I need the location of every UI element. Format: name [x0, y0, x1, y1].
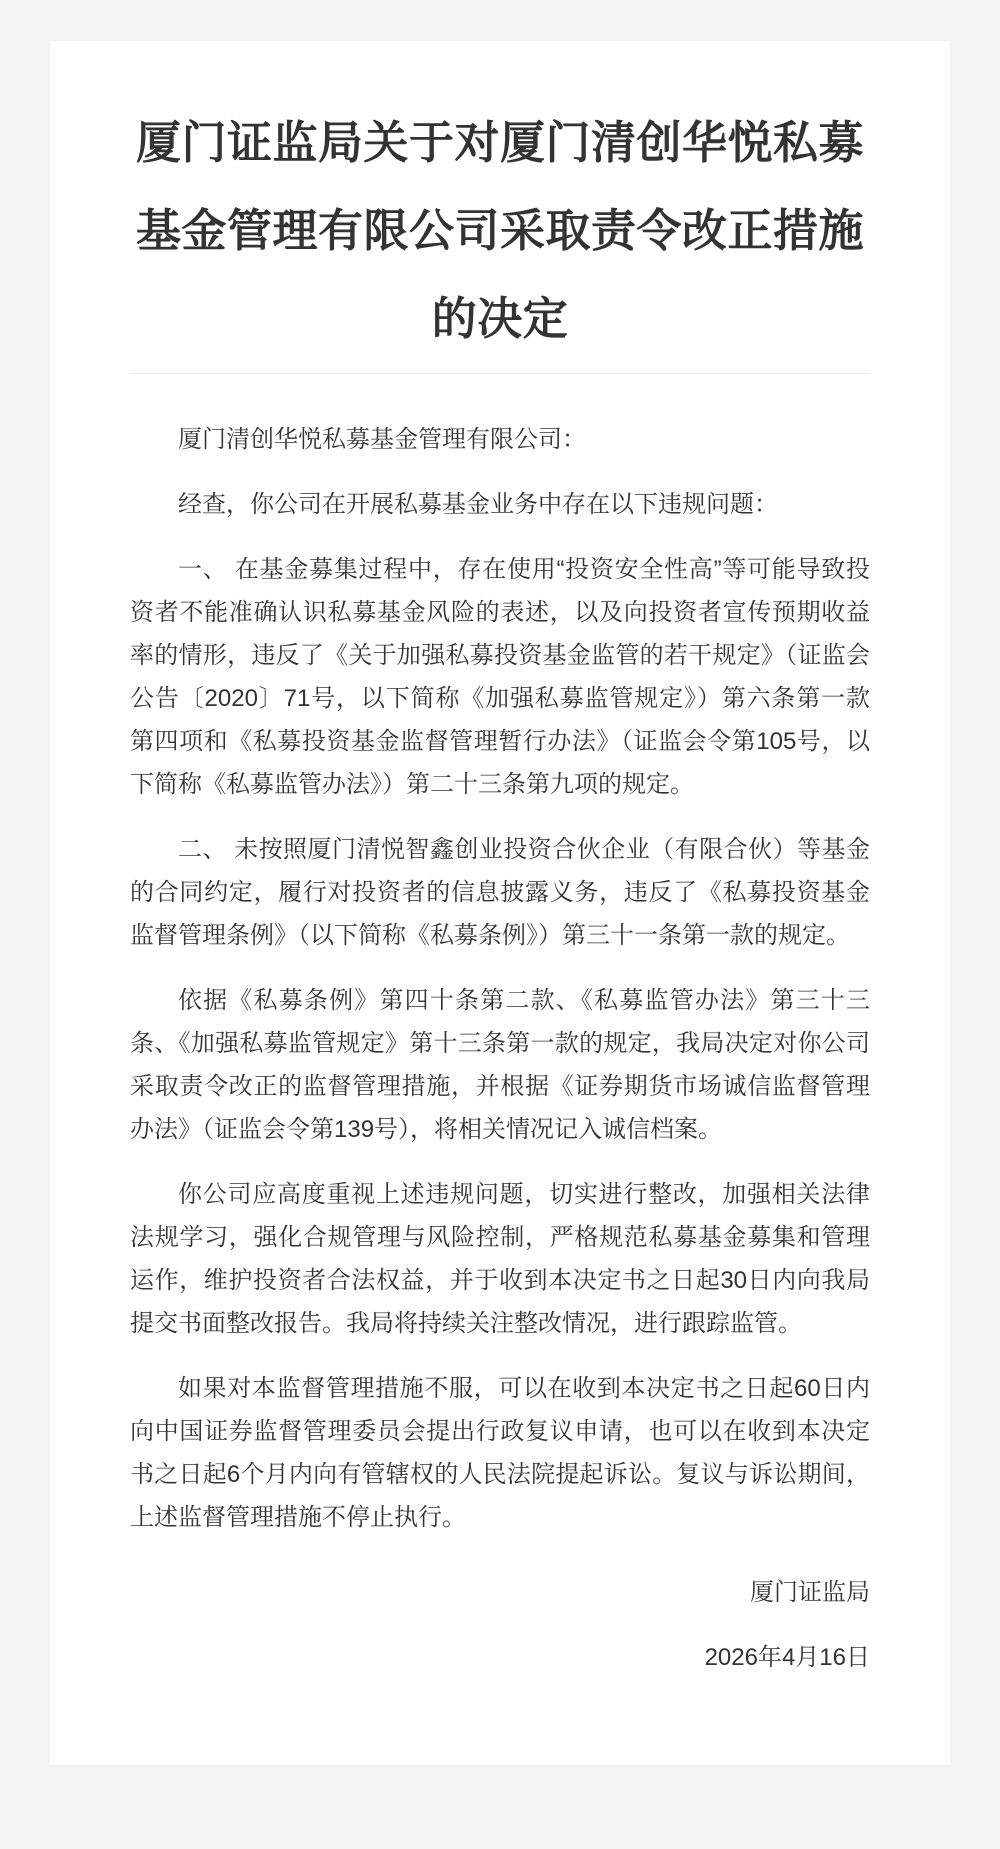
findings-intro: 经查，你公司在开展私募基金业务中存在以下违规问题：: [130, 483, 870, 526]
document-card: 厦门证监局关于对厦门清创华悦私募基金管理有限公司采取责令改正措施的决定 厦门清创…: [50, 41, 950, 1765]
page-background: 厦门证监局关于对厦门清创华悦私募基金管理有限公司采取责令改正措施的决定 厦门清创…: [0, 0, 1000, 1849]
document-body: 厦门清创华悦私募基金管理有限公司： 经查，你公司在开展私募基金业务中存在以下违规…: [130, 418, 870, 1539]
violation-item-2: 二、 未按照厦门清悦智鑫创业投资合伙企业（有限合伙）等基金的合同约定，履行对投资…: [130, 828, 870, 957]
document-title: 厦门证监局关于对厦门清创华悦私募基金管理有限公司采取责令改正措施的决定: [130, 99, 870, 363]
salutation: 厦门清创华悦私募基金管理有限公司：: [130, 418, 870, 461]
rectification-requirement: 你公司应高度重视上述违规问题，切实进行整改，加强相关法律法规学习，强化合规管理与…: [130, 1173, 870, 1345]
violation-item-1: 一、 在基金募集过程中，存在使用“投资安全性高”等可能导致投资者不能准确认识私募…: [130, 548, 870, 806]
signature-issuer: 厦门证监局: [130, 1571, 870, 1614]
signature-date: 2026年4月16日: [130, 1636, 870, 1679]
decision-paragraph: 依据《私募条例》第四十条第二款、《私募监管办法》第三十三条、《加强私募监管规定》…: [130, 979, 870, 1151]
appeal-rights: 如果对本监督管理措施不服，可以在收到本决定书之日起60日内向中国证券监督管理委员…: [130, 1367, 870, 1539]
title-divider: [130, 373, 870, 374]
signature-block: 厦门证监局 2026年4月16日: [130, 1571, 870, 1679]
